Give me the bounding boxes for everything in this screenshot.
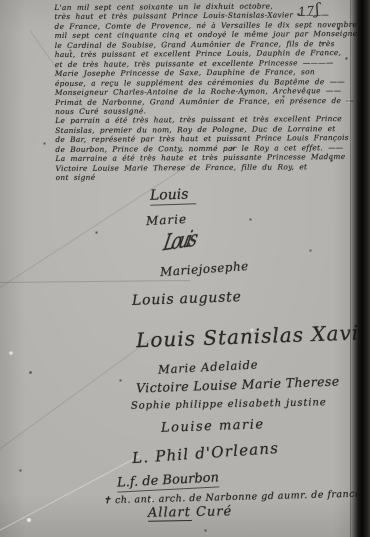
signature-marie-josephe: Mariejosephe [160, 259, 250, 279]
signature-victoire-louise-marie-therese: Victoire Louise Marie Therese [136, 373, 340, 395]
signature-allart-cure: Allart Curé [148, 504, 233, 522]
signature-louis-dauphin-paraphe: Louis [161, 225, 198, 256]
signature-louise-marie: Louise marie [161, 417, 265, 436]
baptism-act-text: L'an mil sept cent soixante un le dixhui… [54, 1, 355, 183]
paper-crease-line [0, 280, 190, 283]
signature-lf-de-bourbon: L.f. de Bourbon [117, 470, 220, 492]
signature-marie-reine: Marie [146, 212, 188, 228]
signature-louis-philippe-orleans: L. Phil d'Orleans [132, 439, 280, 467]
paper-specks-light [0, 0, 2, 2]
signature-sophie-philippe-elisabeth-justine: Sophie philippe elisabeth justine [131, 397, 327, 411]
manuscript-page: 17ʃ L'an mil sept cent soixante un le di… [0, 0, 370, 537]
signature-louis-stanislas-xavier: Louis Stanislas Xavier [136, 320, 370, 353]
signature-louis-roi: Louis [150, 186, 197, 206]
binding-edge-strip [350, 0, 370, 537]
act-line: ont signé [56, 171, 356, 183]
signature-marie-adelaide: Marie Adelaide [158, 357, 259, 376]
signature-louis-auguste: Louis auguste [132, 289, 242, 309]
